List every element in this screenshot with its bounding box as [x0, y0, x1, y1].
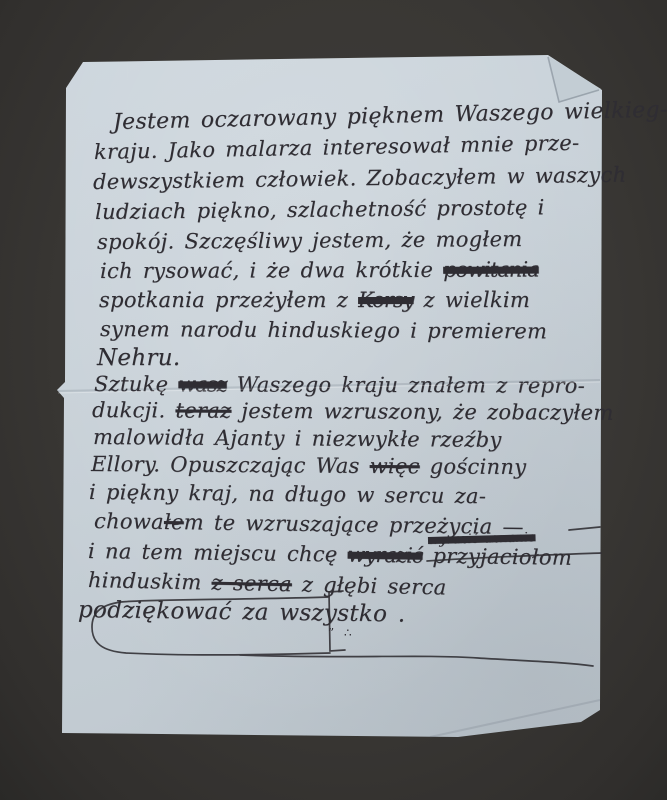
handwriting-line: spotkania przeżyłem z Korsy z wielkim	[99, 290, 530, 311]
handwriting-text: dukcji.	[92, 398, 176, 422]
handwriting-text: i piękny kraj, na długo w sercu za-	[89, 480, 486, 508]
handwriting-text: spotkania przeżyłem z	[99, 288, 358, 312]
handwriting-text: gościnny	[420, 454, 527, 479]
handwriting-text: ich rysować, i że dwa krótkie	[100, 258, 443, 283]
handwriting-text: Waszego kraju znałem z repro-	[227, 372, 585, 397]
crossed-out-word: wyrazić	[347, 543, 422, 568]
crossed-out-word: więc	[370, 454, 420, 478]
handwriting-line: Sztukę wasz Waszego kraju znałem z repro…	[94, 374, 585, 397]
handwriting-text: za wszystko .	[242, 599, 405, 627]
handwriting-line: malowidła Ajanty i niezwykłe rzeźby	[93, 427, 502, 451]
handwriting-text: z wielkim	[414, 288, 531, 312]
crossed-out-word: z serca	[211, 571, 292, 597]
handwriting-text: podziękować	[78, 597, 243, 625]
handwriting-text: hinduskim	[88, 568, 212, 595]
handwriting-text: synem narodu hinduskiego i premierem	[100, 317, 547, 343]
handwriting-line: ludziach piękno, szlachetność prostotę i	[95, 197, 545, 223]
crossed-out-word: powitania	[443, 257, 539, 281]
handwriting-line: spokój. Szczęśliwy jestem, że mogłem	[97, 229, 523, 253]
handwriting-text: malowidła Ajanty i niezwykłe rzeźby	[93, 425, 502, 452]
crossed-out-word: teraz	[175, 398, 231, 422]
crossed-out-word: Korsy	[358, 288, 413, 312]
handwriting-line: synem narodu hinduskiego i premierem	[100, 319, 547, 342]
handwriting-text: jestem wzruszony, że zobaczyłem	[231, 399, 613, 425]
handwriting-text: Nehru.	[97, 345, 180, 371]
handwriting-line: Ellory. Opuszczając Was więc gościnny	[91, 454, 527, 478]
handwriting-text: i na tem miejscu chcę	[88, 539, 348, 567]
handwriting-line: i piękny kraj, na długo w sercu za-	[89, 482, 486, 507]
handwriting-text: Ellory. Opuszczając Was	[91, 452, 370, 478]
ink-marks: ” ∴	[328, 626, 355, 640]
handwriting-text: ludziach piękno, szlachetność prostotę i	[95, 195, 545, 224]
handwriting-line: podziękować za wszystko .	[78, 599, 406, 627]
handwriting-text: Sztukę	[94, 372, 178, 396]
crossed-out-word: wasz	[178, 372, 226, 396]
handwriting-text: spokój. Szczęśliwy jestem, że mogłem	[97, 227, 523, 254]
crossed-out-word: łe	[164, 510, 184, 534]
inserted-correction: wyrazić uznanie	[428, 531, 536, 547]
handwriting-text: przyjaciołom	[422, 544, 572, 570]
handwriting-line: ich rysować, i że dwa krótkie powitania	[100, 259, 539, 282]
handwriting-text: chowa	[94, 509, 164, 534]
handwriting-line: Nehru.	[97, 347, 180, 370]
handwriting-text: z głębi serca	[292, 572, 447, 599]
handwriting-line: dukcji. teraz jestem wzruszony, że zobac…	[92, 400, 614, 424]
photo-background: Jestem oczarowany pięknem Waszego wielki…	[0, 0, 667, 800]
